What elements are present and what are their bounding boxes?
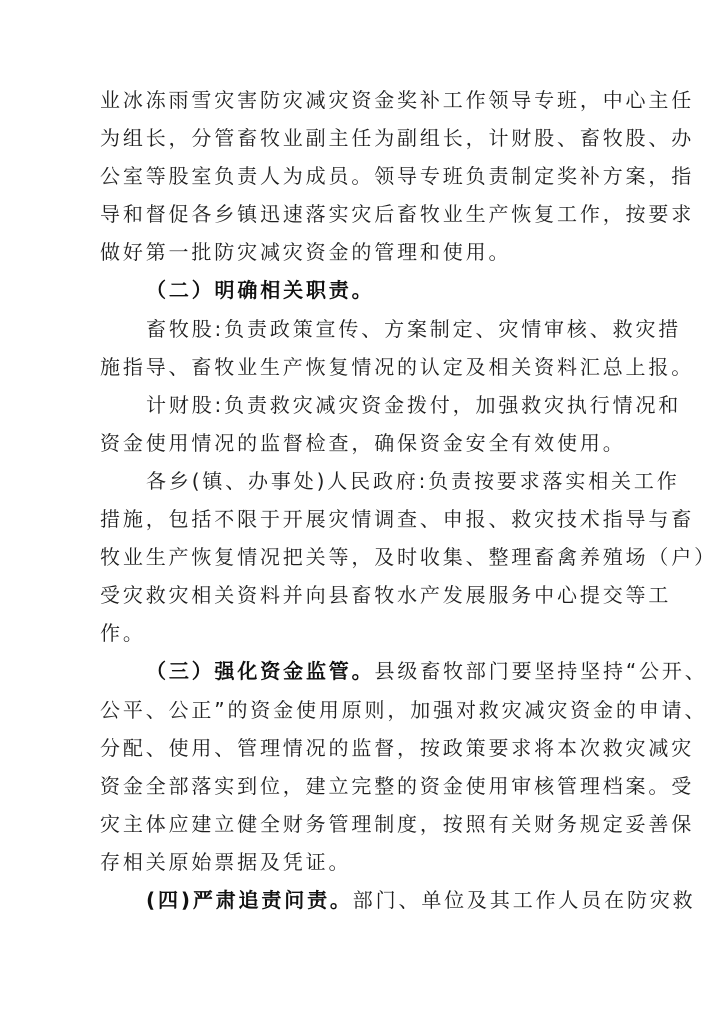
line-text: 牧业生产恢复情况把关等，及时收集、整理畜禽养殖场（户）: [100, 545, 715, 569]
line-text: 公室等股室负责人为成员。领导专班负责制定奖补方案，指: [100, 164, 694, 188]
paragraph-line: 措施，包括不限于开展灾情调查、申报、救灾技术指导与畜: [100, 500, 608, 538]
paragraph-line: 作。: [100, 614, 608, 652]
paragraph-line: 存相关原始票据及凭证。: [100, 843, 608, 881]
paragraph-line: 各乡(镇、办事处)人民政府:负责按要求落实相关工作: [100, 462, 608, 500]
section-heading-4: (四)严肃追责问责。部门、单位及其工作人员在防灾救: [100, 881, 608, 919]
paragraph-line: 业冰冻雨雪灾害防灾减灾资金奖补工作领导专班，中心主任: [100, 81, 608, 119]
line-text: 施指导、畜牧业生产恢复情况的认定及相关资料汇总上报。: [100, 355, 694, 379]
paragraph-line: 畜牧股:负责政策宣传、方案制定、灾情审核、救灾措: [100, 310, 608, 348]
paragraph-line: 资金全部落实到位，建立完整的资金使用审核管理档案。受: [100, 767, 608, 805]
paragraph-line: 公室等股室负责人为成员。领导专班负责制定奖补方案，指: [100, 157, 608, 195]
line-text: 导和督促各乡镇迅速落实灾后畜牧业生产恢复工作，按要求: [100, 202, 694, 226]
paragraph-line: 牧业生产恢复情况把关等，及时收集、整理畜禽养殖场（户）: [100, 538, 608, 576]
paragraph-line: 灾主体应建立健全财务管理制度，按照有关财务规定妥善保: [100, 805, 608, 843]
paragraph-line: 公平、公正”的资金使用原则，加强对救灾减灾资金的申请、: [100, 691, 608, 729]
line-text: 公平、公正”的资金使用原则，加强对救灾减灾资金的申请、: [100, 698, 707, 722]
line-text: 资金全部落实到位，建立完整的资金使用审核管理档案。受: [100, 774, 694, 798]
line-text: 县级畜牧部门要坚持坚持“公开、: [375, 659, 708, 683]
section-heading-text: (四)严肃追责问责。: [146, 888, 353, 912]
paragraph-line: 做好第一批防灾减灾资金的管理和使用。: [100, 233, 608, 271]
section-heading-text: （二）明确相关职责。: [146, 278, 375, 302]
line-text: 分配、使用、管理情况的监督，按政策要求将本次救灾减灾: [100, 736, 694, 760]
line-text: 资金使用情况的监督检查，确保资金安全有效使用。: [100, 431, 626, 455]
line-text: 作。: [100, 621, 146, 645]
line-text: 各乡(镇、办事处)人民政府:负责按要求落实相关工作: [146, 469, 680, 493]
paragraph-line: 受灾救灾相关资料并向县畜牧水产发展服务中心提交等工: [100, 576, 608, 614]
line-text: 为组长，分管畜牧业副主任为副组长，计财股、畜牧股、办: [100, 126, 694, 150]
paragraph-line: 施指导、畜牧业生产恢复情况的认定及相关资料汇总上报。: [100, 348, 608, 386]
paragraph-line: 导和督促各乡镇迅速落实灾后畜牧业生产恢复工作，按要求: [100, 195, 608, 233]
section-heading-2: （二）明确相关职责。: [100, 271, 608, 309]
paragraph-line: 分配、使用、管理情况的监督，按政策要求将本次救灾减灾: [100, 729, 608, 767]
section-heading-3: （三）强化资金监管。县级畜牧部门要坚持坚持“公开、: [100, 652, 608, 690]
paragraph-line: 为组长，分管畜牧业副主任为副组长，计财股、畜牧股、办: [100, 119, 608, 157]
line-text: 业冰冻雨雪灾害防灾减灾资金奖补工作领导专班，中心主任: [100, 88, 694, 112]
line-text: 做好第一批防灾减灾资金的管理和使用。: [100, 240, 511, 264]
line-text: 存相关原始票据及凭证。: [100, 850, 351, 874]
line-text: 部门、单位及其工作人员在防灾救: [353, 888, 696, 912]
line-text: 计财股:负责救灾减灾资金拨付，加强救灾执行情况和: [146, 393, 681, 417]
line-text: 畜牧股:负责政策宣传、方案制定、灾情审核、救灾措: [146, 317, 681, 341]
line-text: 灾主体应建立健全财务管理制度，按照有关财务规定妥善保: [100, 812, 694, 836]
section-heading-text: （三）强化资金监管。: [146, 659, 375, 683]
line-text: 受灾救灾相关资料并向县畜牧水产发展服务中心提交等工: [100, 583, 671, 607]
paragraph-line: 计财股:负责救灾减灾资金拨付，加强救灾执行情况和: [100, 386, 608, 424]
line-text: 措施，包括不限于开展灾情调查、申报、救灾技术指导与畜: [100, 507, 694, 531]
document-page: 业冰冻雨雪灾害防灾减灾资金奖补工作领导专班，中心主任 为组长，分管畜牧业副主任为…: [100, 81, 608, 919]
paragraph-line: 资金使用情况的监督检查，确保资金安全有效使用。: [100, 424, 608, 462]
